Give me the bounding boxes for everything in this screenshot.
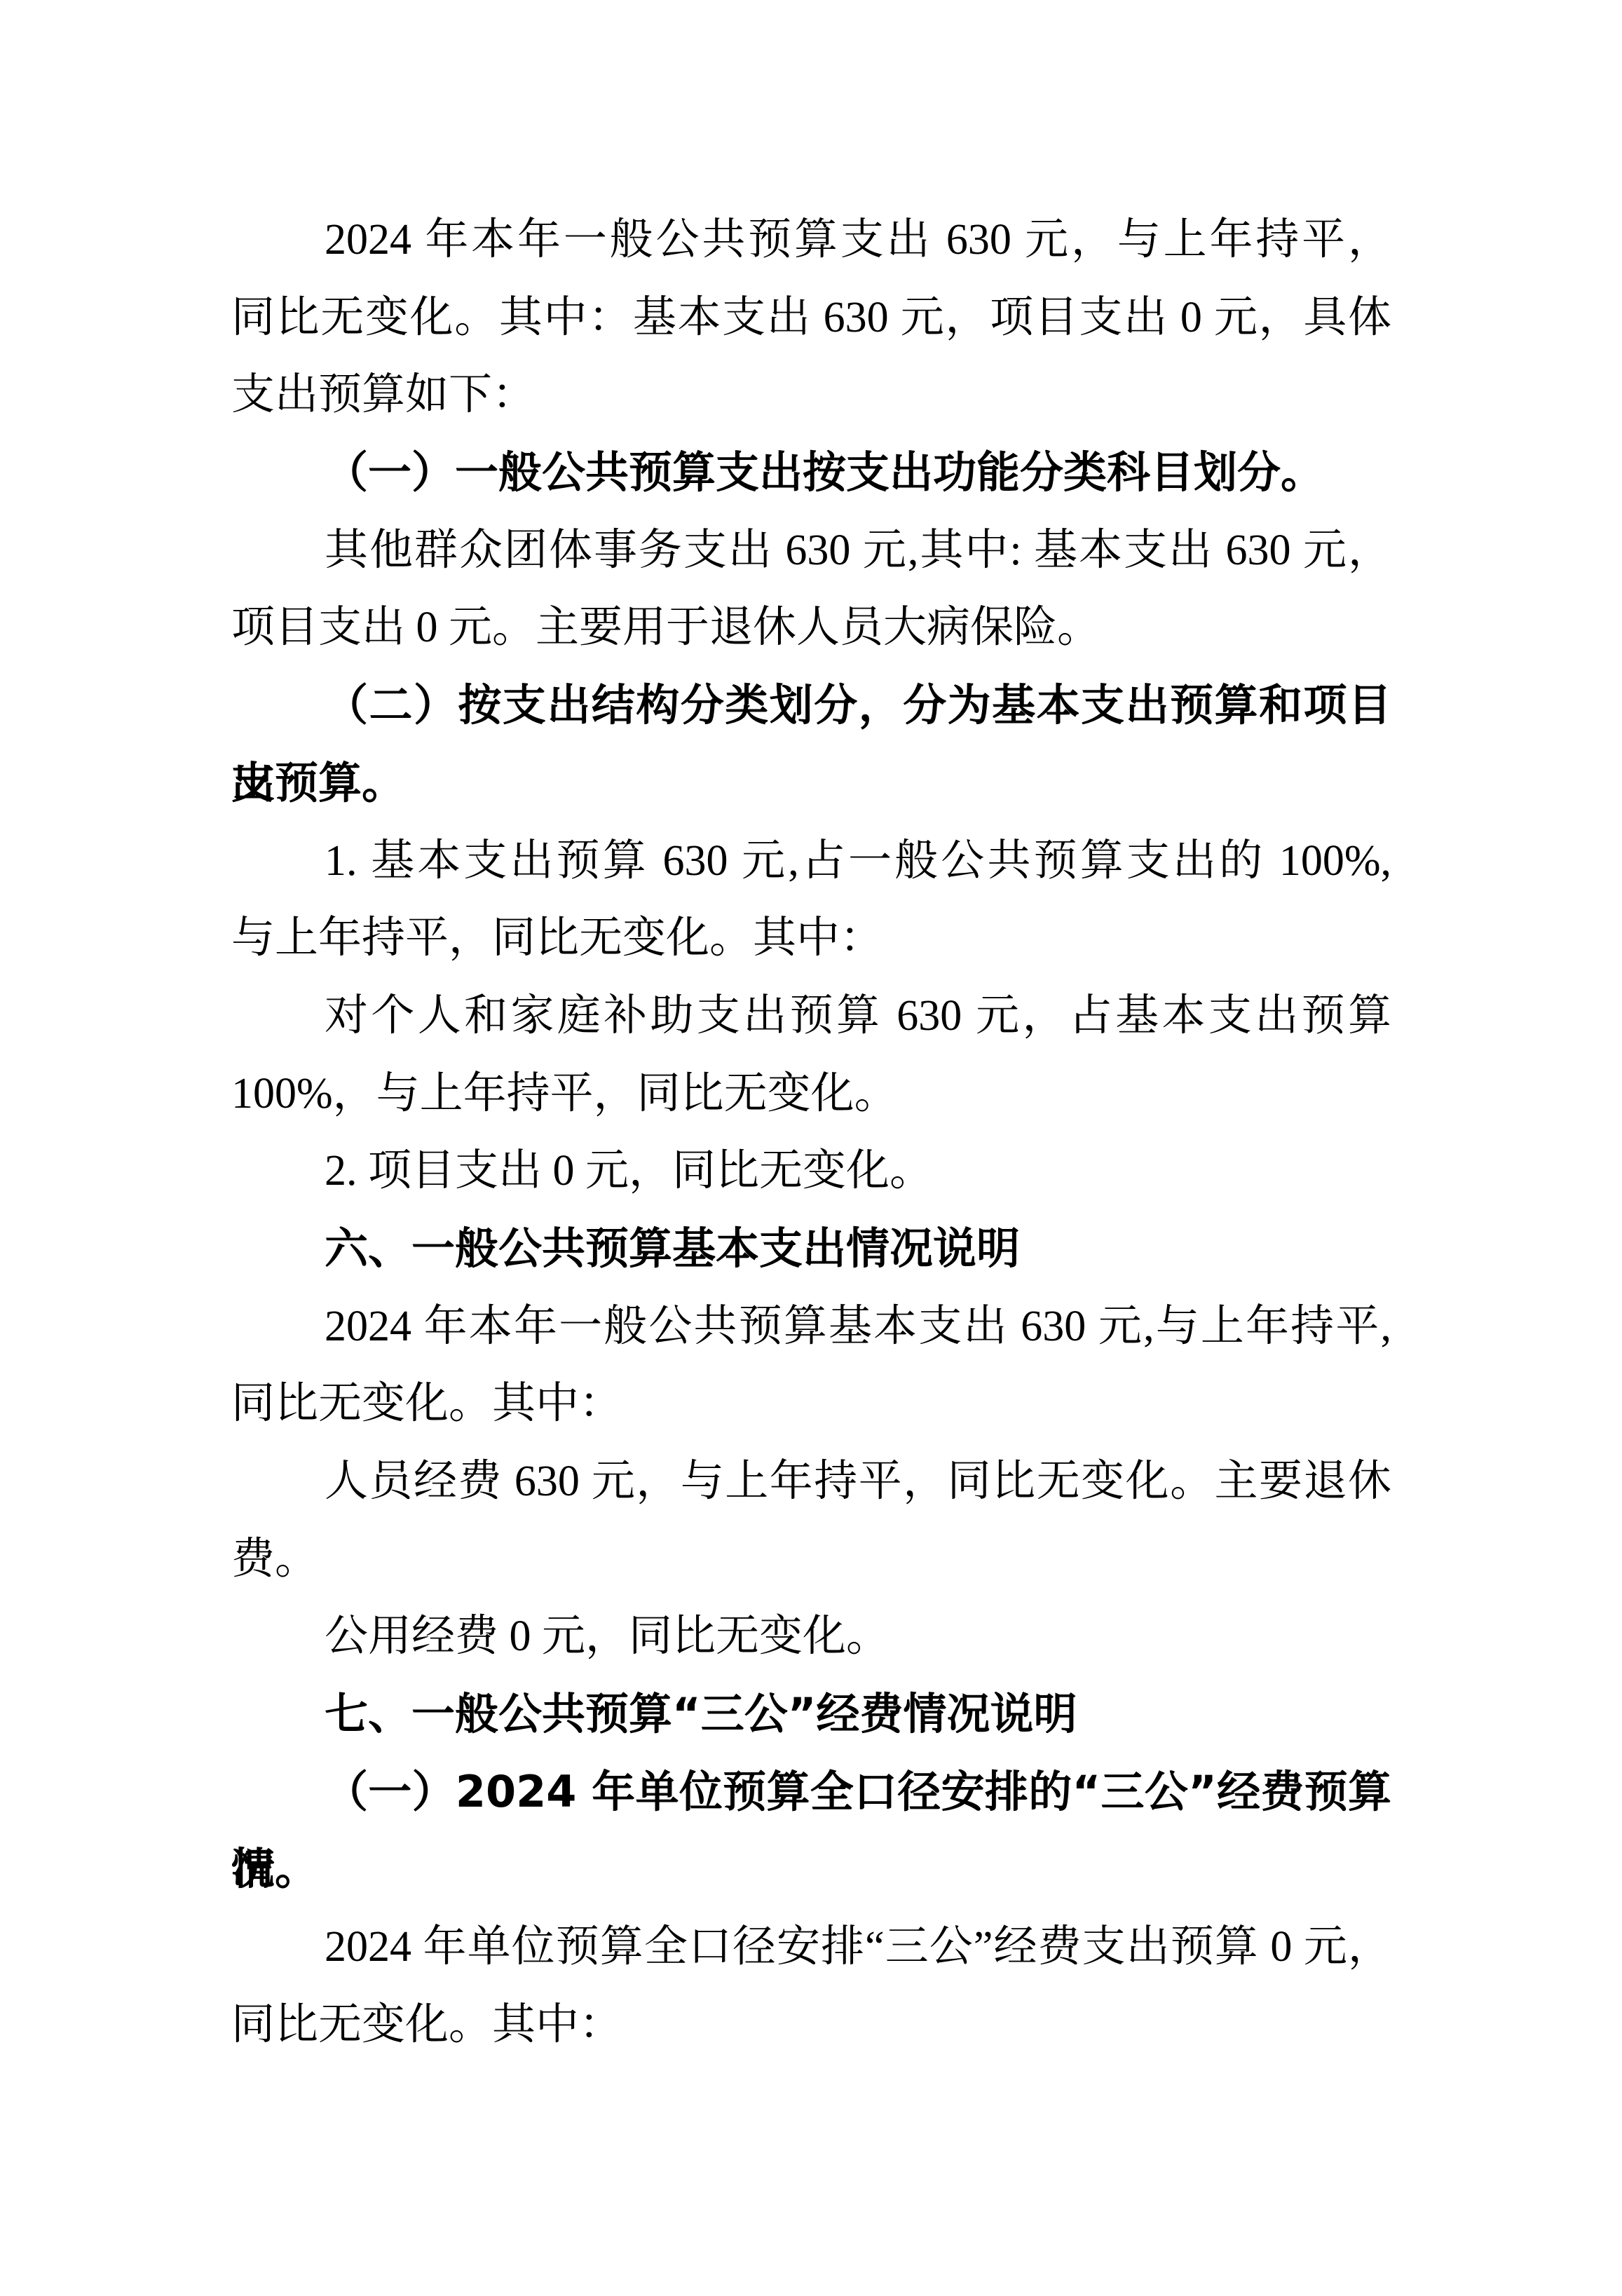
heading-line: 出预算。 — [231, 745, 1391, 822]
text-line: 同比无变化。其中：基本支出 630 元，项目支出 0 元，具体 — [231, 279, 1391, 357]
text-line: 2. 项目支出 0 元，同比无变化。 — [231, 1132, 1391, 1210]
text-line: 与上年持平，同比无变化。其中： — [231, 899, 1391, 977]
heading-line: 况。 — [231, 1830, 1391, 1908]
text-line: 其他群众团体事务支出 630 元,其中: 基本支出 630 元， — [231, 512, 1391, 590]
text-line: 同比无变化。其中： — [231, 1365, 1391, 1443]
text-line: 2024 年本年一般公共预算支出 630 元，与上年持平， — [231, 201, 1391, 279]
heading-line: （二）按支出结构分类划分，分为基本支出预算和项目支 — [231, 667, 1391, 745]
text-line: 100%，与上年持平，同比无变化。 — [231, 1055, 1391, 1133]
text-line: 人员经费 630 元，与上年持平，同比无变化。主要退休 — [231, 1443, 1391, 1521]
document-page: 2024 年本年一般公共预算支出 630 元，与上年持平，同比无变化。其中：基本… — [0, 0, 1622, 2296]
heading-line: 七、一般公共预算“三公”经费情况说明 — [231, 1676, 1391, 1753]
text-line: 项目支出 0 元。主要用于退休人员大病保险。 — [231, 589, 1391, 667]
text-line: 1. 基本支出预算 630 元,占一般公共预算支出的 100%, — [231, 822, 1391, 900]
heading-line: （一）一般公共预算支出按支出功能分类科目划分。 — [231, 434, 1391, 512]
heading-line: （一）2024 年单位预算全口径安排的“三公”经费预算情 — [231, 1753, 1391, 1831]
text-line: 对个人和家庭补助支出预算 630 元，占基本支出预算 — [231, 977, 1391, 1055]
text-line: 支出预算如下： — [231, 356, 1391, 434]
text-line: 同比无变化。其中： — [231, 1986, 1391, 2064]
heading-line: 六、一般公共预算基本支出情况说明 — [231, 1210, 1391, 1288]
document-content: 2024 年本年一般公共预算支出 630 元，与上年持平，同比无变化。其中：基本… — [231, 0, 1391, 2064]
text-line: 费。 — [231, 1521, 1391, 1598]
text-line: 2024 年本年一般公共预算基本支出 630 元,与上年持平, — [231, 1288, 1391, 1366]
text-line: 公用经费 0 元，同比无变化。 — [231, 1598, 1391, 1676]
text-line: 2024 年单位预算全口径安排“三公”经费支出预算 0 元， — [231, 1908, 1391, 1986]
